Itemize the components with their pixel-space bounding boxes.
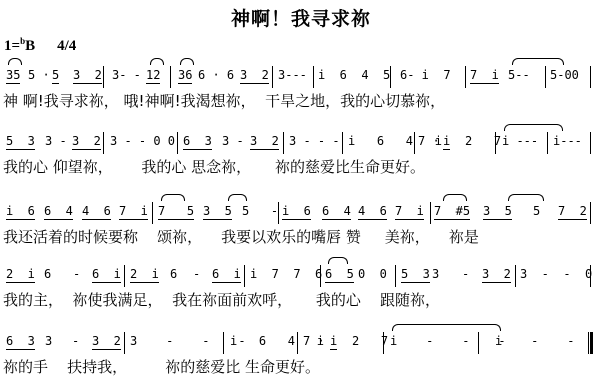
bar-line: [590, 265, 591, 287]
note-group: i: [443, 134, 450, 150]
bar-line: [103, 66, 104, 88]
time-signature: 4/4: [57, 38, 76, 54]
notation-line: 355 ·53 23- -12366 · 63 23---i 6 4 56- i…: [0, 66, 602, 88]
note-group: 3 2: [250, 134, 279, 150]
note-group: 4 6: [82, 204, 111, 220]
note-group: 2 i: [130, 267, 159, 283]
note-group: 3 - - -: [289, 134, 340, 148]
note-group: i ---: [502, 134, 538, 148]
bar-line: [515, 265, 516, 287]
note-group: 5 ·: [28, 68, 50, 82]
note-group: 35: [6, 68, 20, 84]
note-group: 6 3: [6, 334, 35, 350]
tie-arc: [512, 58, 564, 65]
notation-line: 2 i6-6 i2 i6-6 ii 7 7 66 50 05 33-3 23 -…: [0, 265, 602, 287]
bar-line: [383, 332, 384, 354]
note-group: 3 -: [45, 134, 67, 148]
lyrics-line: 我还活着的时候要称 颂祢， 我要以欢乐的嘴唇 赞 美祢， 祢是: [3, 226, 479, 247]
note-group: 3 - - 0: [520, 267, 592, 281]
note-group: i 7 7 6: [250, 267, 322, 281]
note-group: 7 ·: [418, 134, 440, 148]
final-bar-line: [588, 332, 593, 354]
bar-line: [395, 265, 396, 287]
tie-arc: [392, 324, 501, 331]
staff-row: 355 ·53 23- -12366 · 63 23---i 6 4 56- i…: [0, 66, 602, 122]
note-group: 7 #5: [434, 204, 470, 220]
note-group: 6- i 7: [400, 68, 451, 82]
bar-line: [430, 202, 431, 224]
bar-line: [320, 265, 321, 287]
bar-line: [313, 66, 314, 88]
note-group: 3 2: [240, 68, 269, 84]
note-group: 3 5: [483, 204, 512, 220]
bar-line: [495, 132, 496, 154]
note-group: 3- -: [112, 68, 141, 82]
bar-line: [124, 332, 125, 354]
note-group: 3 - - 0 0: [110, 134, 175, 148]
note-group: 6 i: [92, 267, 121, 283]
bar-line: [223, 332, 224, 354]
note-group: i---: [553, 134, 582, 148]
note-group: 5 -: [242, 204, 278, 218]
note-group: 6: [170, 267, 177, 281]
lyrics-line: 我的心 仰望祢， 我的心 思念祢， 祢的慈爱比生命更好。: [3, 156, 425, 177]
bar-line: [590, 66, 591, 88]
note-group: 3 2: [72, 134, 101, 150]
note-group: 6 3: [183, 134, 212, 150]
notation-line: 5 33 -3 23 - - 0 06 33 -3 23 - - -i 6 4 …: [0, 132, 602, 154]
note-group: 7 i: [119, 204, 148, 220]
bar-line: [478, 332, 479, 354]
note-group: 5--: [508, 68, 530, 82]
tie-arc: [8, 58, 22, 65]
note-group: 3 2: [482, 267, 511, 283]
key-note: B: [25, 38, 35, 54]
tie-arc: [180, 58, 194, 65]
bar-line: [297, 332, 298, 354]
lyrics-line: 神 啊!我寻求祢， 哦!神啊!我渴想祢， 干旱之地，我的心切慕祢，: [3, 90, 445, 111]
note-group: 7 5: [158, 204, 194, 220]
bar-line: [590, 132, 591, 154]
bar-line: [124, 265, 125, 287]
note-group: i 6: [6, 204, 35, 220]
tie-arc: [150, 58, 164, 65]
note-group: 5: [533, 204, 540, 218]
bar-line: [390, 66, 391, 88]
song-title: 神啊！我寻求祢: [0, 4, 602, 31]
staff-row: 6 33-3 23 - - -i 6 4 i7 ·i2 7i - - -i - …: [0, 332, 602, 388]
note-group: i 6: [282, 204, 311, 220]
note-group: 3 2: [92, 334, 121, 350]
tie-arc: [508, 194, 544, 201]
note-group: -: [72, 334, 79, 348]
note-group: 6 i: [212, 267, 241, 283]
key-signature: 1=bB4/4: [4, 36, 76, 55]
tie-arc: [228, 194, 247, 201]
note-group: -: [193, 267, 200, 281]
note-group: 3 -: [222, 134, 244, 148]
note-group: 0 0: [358, 267, 387, 281]
bar-line: [152, 202, 153, 224]
bar-line: [103, 132, 104, 154]
tie-arc: [443, 194, 467, 201]
note-group: 7 2: [558, 204, 587, 220]
note-group: -: [73, 267, 80, 281]
note-group: 6 · 6: [198, 68, 234, 82]
tie-arc: [504, 124, 563, 131]
note-group: i - - -: [390, 334, 506, 348]
note-group: 3: [45, 334, 52, 348]
note-group: 7 ·: [303, 334, 325, 348]
note-group: 3 - - -: [130, 334, 246, 348]
key-prefix: 1=: [4, 38, 20, 54]
bar-line: [547, 132, 548, 154]
note-group: 6 4: [322, 204, 351, 220]
notation-line: 6 33-3 23 - - -i 6 4 i7 ·i2 7i - - -i - …: [0, 332, 602, 354]
bar-line: [342, 132, 343, 154]
note-group: 2 i: [6, 267, 35, 283]
lyrics-line: 我的主， 祢使我满足， 我在祢面前欢呼， 我的心 跟随祢，: [3, 289, 440, 310]
note-group: i 6 4 5: [318, 68, 390, 82]
tie-arc: [161, 194, 185, 201]
notation-line: i 66 44 67 i7 53 55 -i 66 44 67 i7 #53 5…: [0, 202, 602, 224]
bar-line: [272, 66, 273, 88]
note-group: 6: [44, 267, 51, 281]
note-group: 6 4: [44, 204, 73, 220]
note-group: 12: [146, 68, 160, 84]
bar-line: [177, 132, 178, 154]
lyrics-line: 祢的手 扶持我， 祢的慈爱比 生命更好。: [3, 356, 320, 377]
tie-arc: [328, 257, 348, 264]
note-group: 5 3: [401, 267, 430, 283]
note-group: 36: [178, 68, 192, 84]
staff-row: i 66 44 67 i7 53 55 -i 66 44 67 i7 #53 5…: [0, 202, 602, 258]
note-group: i - - -: [495, 334, 602, 348]
staff-row: 2 i6-6 i2 i6-6 ii 7 7 66 50 05 33-3 23 -…: [0, 265, 602, 321]
note-group: 4 6: [358, 204, 387, 220]
note-group: 6 5: [325, 267, 354, 283]
bar-line: [283, 132, 284, 154]
note-group: 5: [52, 68, 59, 84]
bar-line: [170, 66, 171, 88]
note-group: 5-00: [550, 68, 579, 82]
bar-line: [278, 202, 279, 224]
note-group: 5 3: [6, 134, 35, 150]
note-group: i: [330, 334, 337, 350]
bar-line: [590, 202, 591, 224]
note-group: 7 i: [395, 204, 424, 220]
staff-row: 5 33 -3 23 - - 0 06 33 -3 23 - - -i 6 4 …: [0, 132, 602, 188]
note-group: -: [462, 267, 469, 281]
bar-line: [414, 132, 415, 154]
note-group: 3 2: [73, 68, 102, 84]
bar-line: [545, 66, 546, 88]
bar-line: [465, 66, 466, 88]
note-group: 3: [432, 267, 439, 281]
note-group: 3---: [278, 68, 307, 82]
bar-line: [244, 265, 245, 287]
note-group: 3 5: [203, 204, 232, 220]
note-group: 7 i: [470, 68, 499, 84]
